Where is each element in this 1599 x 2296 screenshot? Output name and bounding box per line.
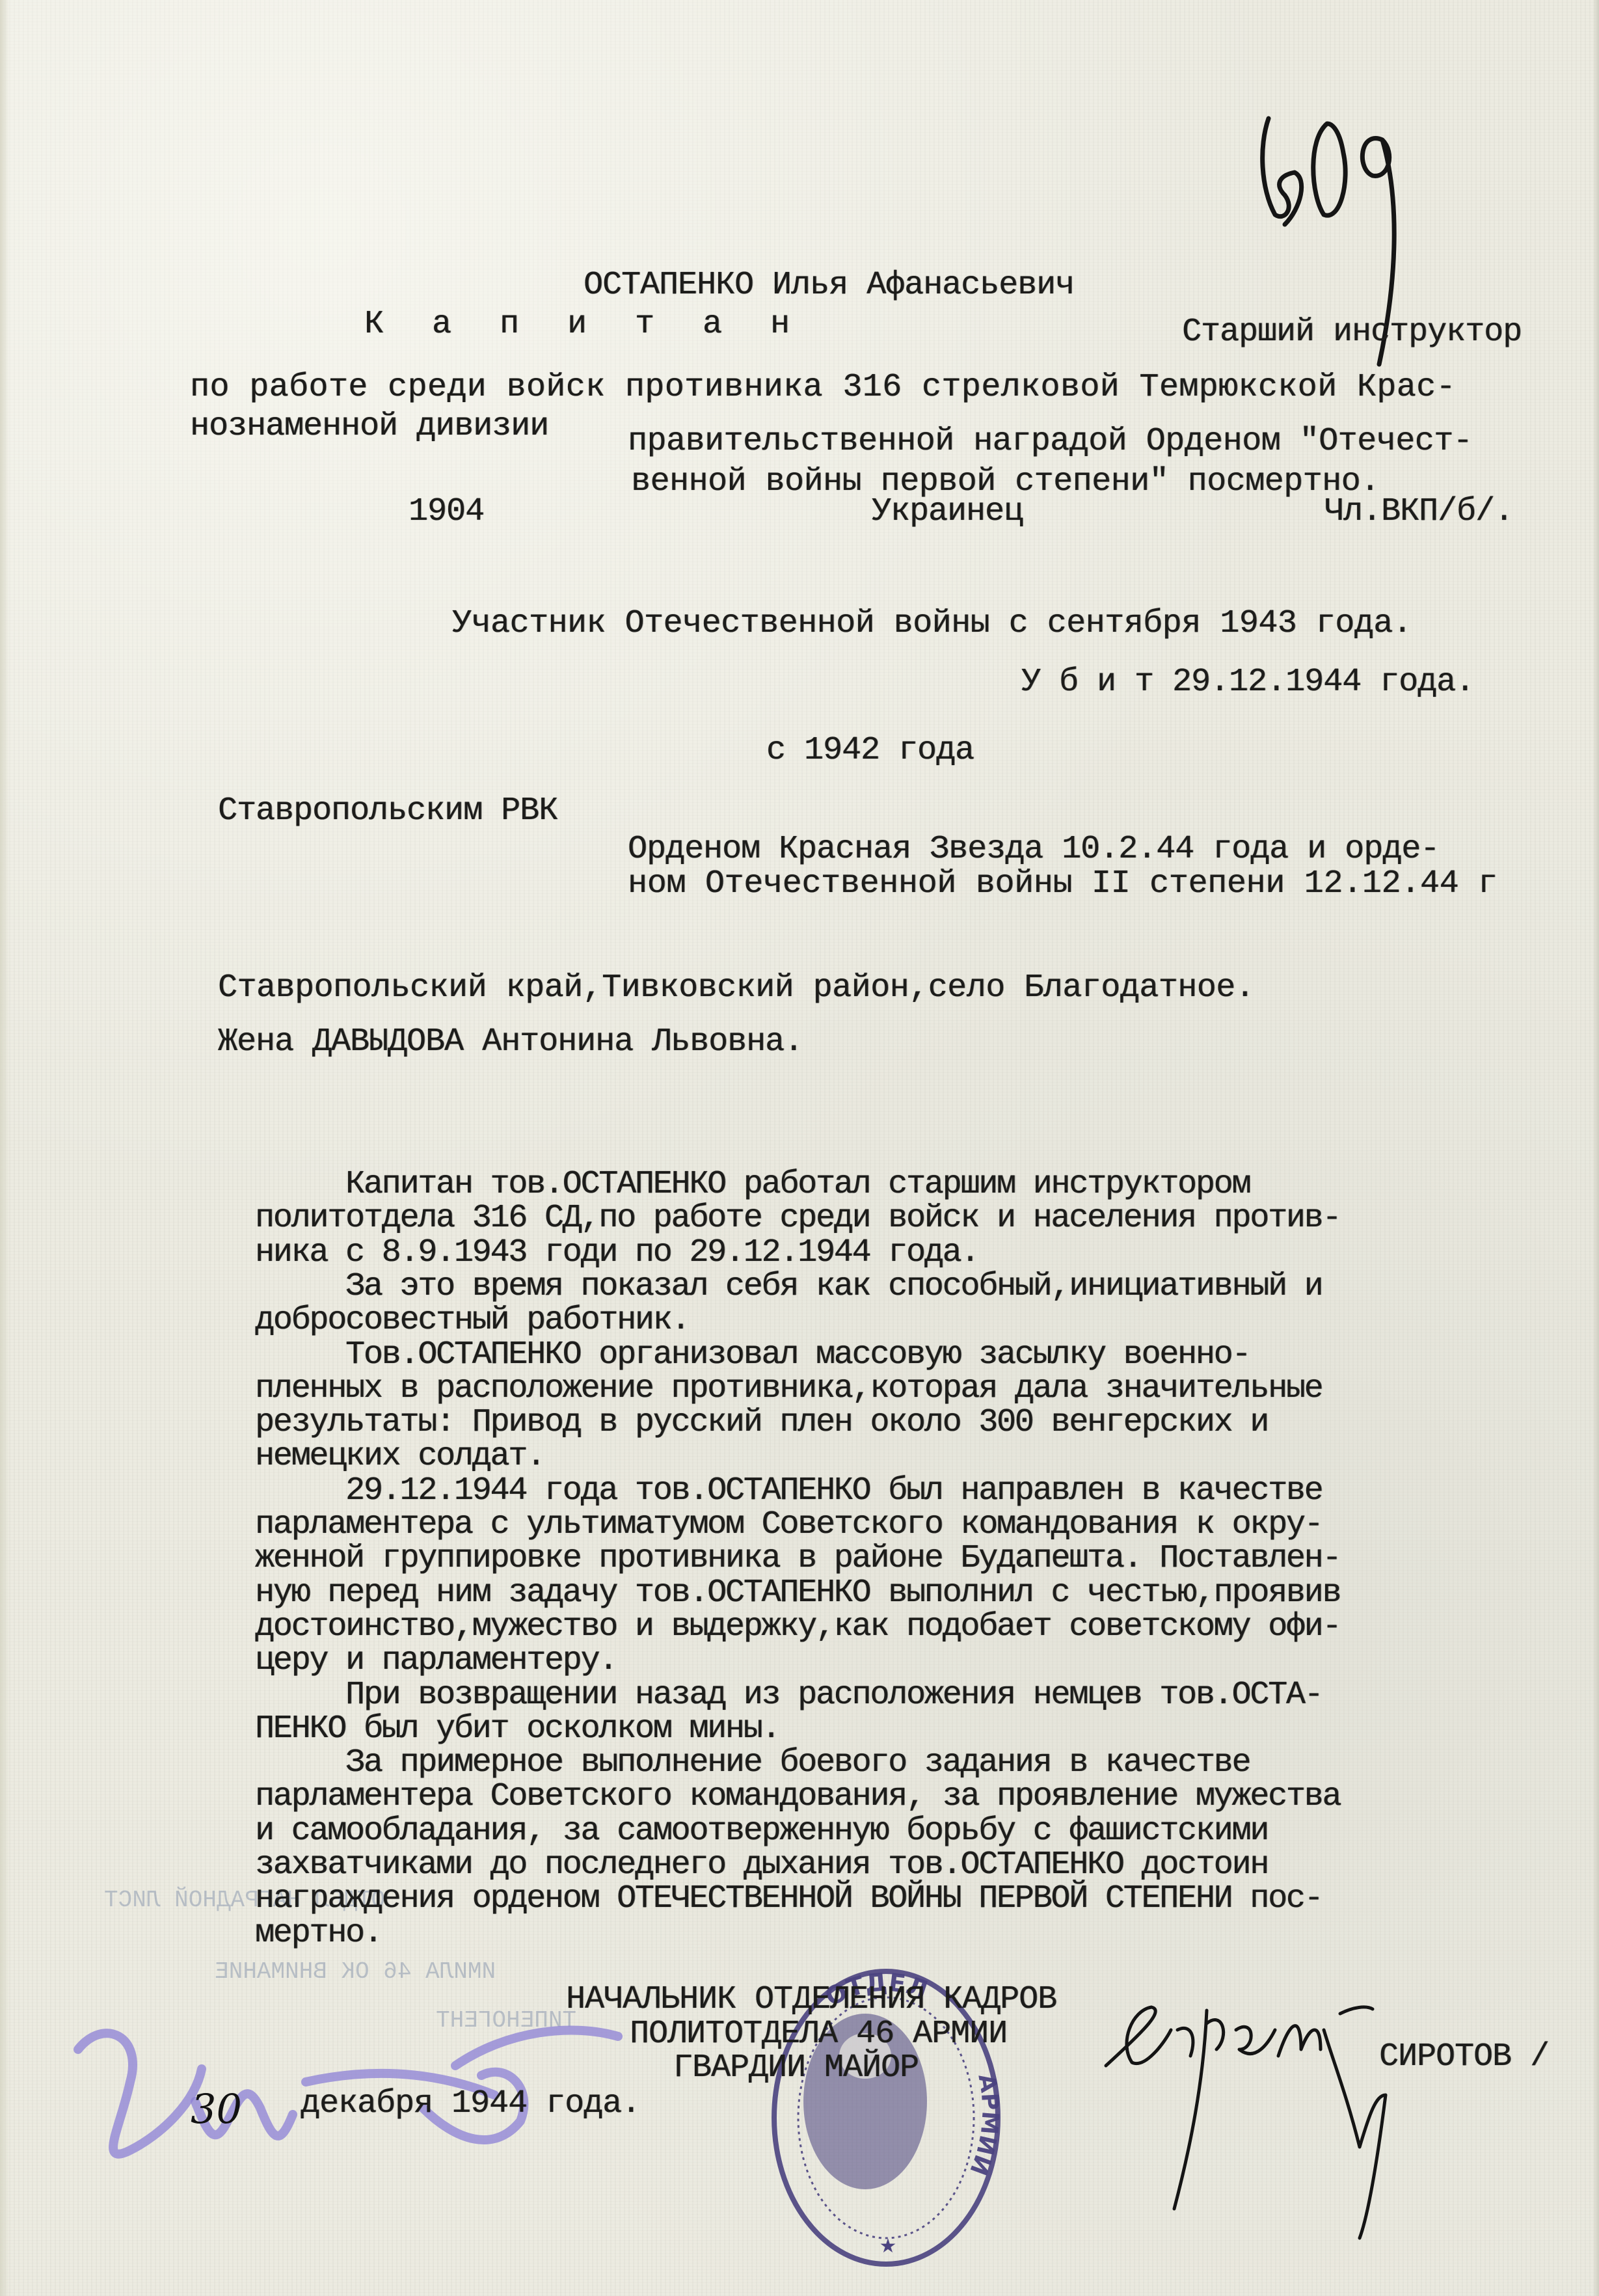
date-month-year: декабря 1944 года.	[301, 2085, 640, 2122]
signer-signature	[0, 0, 1599, 2296]
award-sheet-page: ОТДЕЛ НАГРАДНОЙ ЛИСТ ИМИЛА 46 ОК ВНИМАНИ…	[0, 0, 1599, 2296]
date-day-handwritten: 30	[191, 2085, 242, 2133]
